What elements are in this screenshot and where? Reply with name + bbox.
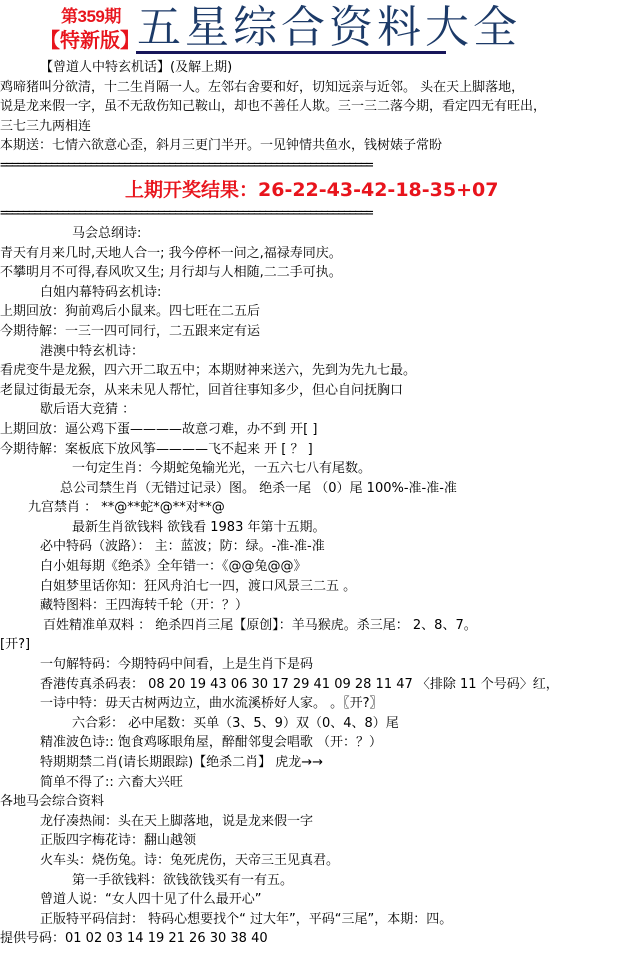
plum-poem-line: 正版四字梅花诗：翻山越领 xyxy=(0,831,621,851)
poem-line: 不攀明月不可得,春风吹又生; 月行却与人相随,二二手可执。 xyxy=(0,263,621,283)
section-heading-gangao: 港澳中特玄机诗： xyxy=(0,342,621,362)
dream-line: 白姐梦里话你知：狂风舟泊七一四，渡口风景三二五 。 xyxy=(0,577,621,597)
zodiac-line: 一句定生肖：今期蛇兔输光光，一五六七八有尾数。 xyxy=(0,459,621,479)
intro-heading: 【曾道人中特玄机话】(及解上期) xyxy=(0,58,621,78)
last-draw-result: 上期开奖结果：26-22-43-42-18-35+07 xyxy=(0,176,621,204)
nine-palace-line: 九宫禁肖 ： **@**蛇*@**对**@ xyxy=(0,498,621,518)
poem-line: 青天有月来几时,天地人合一; 我今停杯一问之,福禄寿同庆。 xyxy=(0,244,621,264)
tail-number-line: 六合彩： 必中尾数：买单（3、5、9）双（0、4、8）尾 xyxy=(0,714,621,734)
code-hint-line: 一句解特码：今期特码中间看，上是生肖下是码 xyxy=(0,655,621,675)
intro-line: 三七三九两相连 xyxy=(0,117,621,137)
open-marker: [开?] xyxy=(0,635,621,655)
first-hand-line: 第一手欲钱料：欲钱欲钱买有一有五。 xyxy=(0,871,621,891)
odd-even-line: 百姓精准单双料 ： 绝杀四肖三尾【原创】：羊马猴虎。杀三尾： 2、8、7。 xyxy=(0,616,621,636)
result-label: 上期开奖结果： xyxy=(125,179,258,201)
separator-top: ========================================… xyxy=(0,160,621,172)
intro-line: 说是龙来假一字，虽不无敌伤知己鞍山，却也不善任人欺。三一三二落今期，看定四无有旺… xyxy=(0,97,621,117)
regional-heading: 各地马会综合资料 xyxy=(0,792,621,812)
hidden-picture-line: 藏特图料：王四海转千轮（开：？） xyxy=(0,596,621,616)
page-header: 第359期 【特新版】 五星综合资料大全 xyxy=(0,0,621,56)
taoist-saying-line: 曾道人说：“女人四十见了什么最开心” xyxy=(0,890,621,910)
riddle-line: 上期回放：逼公鸡下蛋————故意刁难，办不到 开[ ] xyxy=(0,420,621,440)
article-body: 【曾道人中特玄机话】(及解上期) 鸡啼猪叫分欲清，十二生肖隔一人。左邻右舍要和好… xyxy=(0,58,621,949)
poem-special-line: 一诗中特：毋天古树两边立，曲水流溪桥好人家。 。〖开?〗 xyxy=(0,694,621,714)
section-heading-xiehouyu: 歇后语大竞猜 ： xyxy=(0,400,621,420)
envelope-line: 正版特平码信封： 特码心想要找个“ 过大年”，平码“三尾”，本期：四。 xyxy=(0,910,621,930)
poem-line: 上期回放：狗前鸡后小鼠来。四七旺在二五后 xyxy=(0,302,621,322)
poem-line: 今期待解：一三一四可同行，二五跟来定有运 xyxy=(0,322,621,342)
fax-kill-table-line: 香港传真杀码表： 08 20 19 43 06 30 17 29 41 09 2… xyxy=(0,675,621,695)
intro-line: 本期送：七情六欲意心歪，斜月三更门半开。一见钟情共鱼水，钱树婊子常盼 xyxy=(0,136,621,156)
poem-line: 老鼠过街最无奈，从来未见人帮忙，回首往事知多少，但心自问抚胸口 xyxy=(0,381,621,401)
provided-numbers-line: 提供号码：01 02 03 14 19 21 26 30 38 40 xyxy=(0,929,621,949)
banned-zodiac-line: 总公司禁生肖（无错过记录）图。 绝杀一尾 （0）尾 100%-准-准-准 xyxy=(0,479,621,499)
dragon-line: 龙仔凑热闹：头在天上脚落地，说是龙来假一字 xyxy=(0,812,621,832)
title-underline xyxy=(136,51,446,54)
section-heading-baijie: 白姐内幕特码玄机诗: xyxy=(0,283,621,303)
edition-label: 【特新版】 xyxy=(40,24,140,53)
wave-line: 必中特码（波路）： 主：蓝波；防：绿。-准-准-准 xyxy=(0,537,621,557)
poem-line: 看虎变牛是龙猴，四六开二取五中；本期财神来送六，先到为先九七最。 xyxy=(0,361,621,381)
page-title: 五星综合资料大全 xyxy=(137,4,521,52)
intro-line: 鸡啼猪叫分欲清，十二生肖隔一人。左邻右舍要和好，切知远亲与近邻。 头在天上脚落地… xyxy=(0,78,621,98)
separator-bottom: ========================================… xyxy=(0,208,621,220)
train-head-line: 火车头：烧伤兔。诗：兔死虎伤，天帝三王见真君。 xyxy=(0,851,621,871)
kill-line: 白小姐每期《绝杀》全年错一：《@@兔@@》 xyxy=(0,557,621,577)
result-numbers: 26-22-43-42-18-35+07 xyxy=(258,179,498,201)
banned-two-zodiac-line: 特期期禁二肖(请长期跟踪)【绝杀二肖】 虎龙→→ xyxy=(0,753,621,773)
latest-zodiac-line: 最新生肖欲钱料 欲钱看 1983 年第十五期。 xyxy=(0,518,621,538)
simple-line: 简单不得了:: 六畜大兴旺 xyxy=(0,773,621,793)
riddle-line: 今期待解：案板底下放风筝————飞不起来 开 [ ？ ] xyxy=(0,440,621,460)
wave-color-poem-line: 精准波色诗:: 饱食鸡啄眼角屋，醉酣邻叟会唱歌 （开：？） xyxy=(0,733,621,753)
section-heading-mahui: 马会总纲诗: xyxy=(0,224,621,244)
